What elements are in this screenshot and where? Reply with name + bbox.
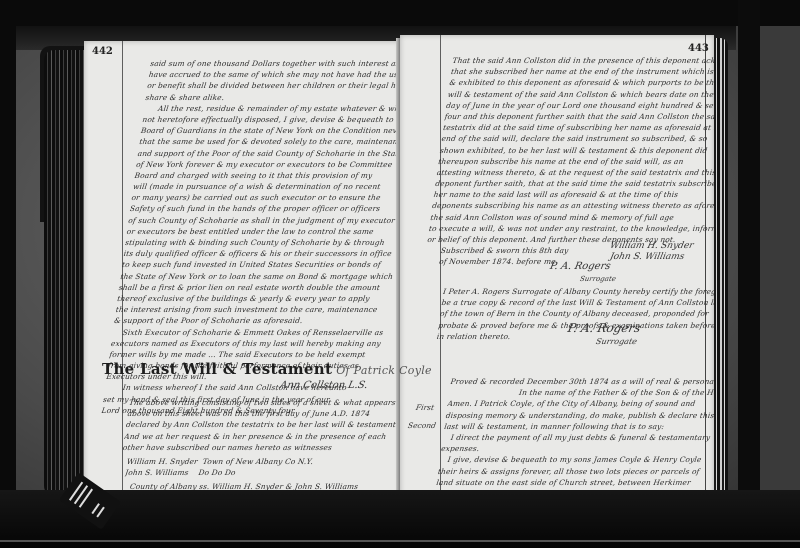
surrogate-signature: P. A. Rogers	[549, 261, 612, 272]
film-bottom-edge	[0, 540, 800, 542]
surrogate-title: Surrogate	[579, 275, 617, 283]
deponent-signature: John S. Williams	[609, 252, 685, 262]
page-number: 442	[92, 46, 113, 57]
film-edge-band	[738, 0, 760, 548]
section-heading: The Last Will & TestamentOf Patrick Coyl…	[102, 360, 432, 378]
book-fore-edge-left	[44, 50, 86, 496]
certificate-signature: P. A. Rogers	[567, 321, 642, 335]
margin-note-second: Second	[407, 421, 437, 430]
right-page: 443 That the said Ann Collston did in th…	[400, 35, 714, 498]
attestation-clause: The above writing consisting of two side…	[122, 397, 400, 453]
book-fore-edge-right	[712, 38, 728, 502]
witness-list: William H. Snyder Town of New Albany Co …	[124, 456, 314, 478]
will-of-patrick-coyle: Proved & recorded December 30th 1874 as …	[433, 376, 714, 498]
testator-signature: Ann Collston L.S.	[279, 380, 369, 391]
affidavit-continuation: That the said Ann Collston did in the pr…	[427, 55, 714, 245]
certificate-signature-title: Surrogate	[595, 337, 638, 346]
page-number: 443	[688, 43, 709, 54]
left-page: 442 said sum of one thousand Dollars tog…	[84, 41, 400, 497]
margin-note-first: First	[415, 403, 435, 412]
heading-testator-name: Of Patrick Coyle	[336, 364, 432, 377]
clip-stripe	[96, 507, 105, 518]
scan-right-margin	[760, 26, 800, 526]
heading-title: The Last Will & Testament	[102, 360, 332, 378]
deponent-signature: William H. Snyder	[609, 241, 695, 251]
